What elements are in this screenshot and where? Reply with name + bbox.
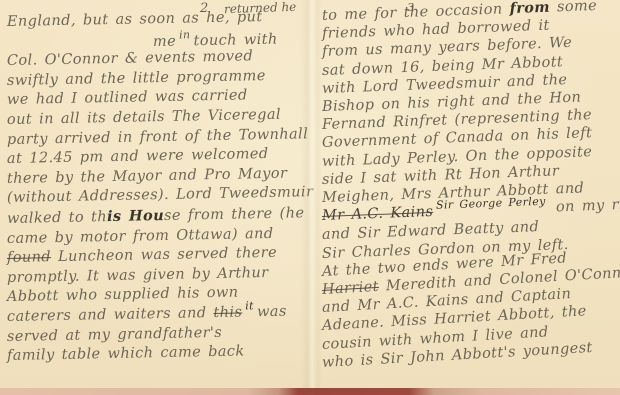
struck-name-harriet: Harriet bbox=[322, 279, 380, 298]
line-text: on my right bbox=[549, 196, 620, 216]
struck-word-this: this bbox=[213, 304, 242, 321]
manuscript-page-2: 2 returned he England, but as soon as he… bbox=[0, 0, 310, 395]
line-text: walked to th bbox=[7, 209, 107, 227]
line-text: Luncheon was served there bbox=[51, 245, 277, 265]
inserted-word-it: it bbox=[245, 299, 254, 312]
line-text: me bbox=[153, 33, 176, 49]
line-text: was bbox=[257, 304, 287, 321]
manuscript-scan: 2 returned he England, but as soon as he… bbox=[0, 0, 620, 395]
overwritten-word-from: from bbox=[509, 0, 550, 17]
inserted-name-perley: Sir George Perley bbox=[436, 195, 546, 212]
struck-name-kains: Mr A.C. Kains bbox=[322, 204, 434, 224]
struck-word-found: found bbox=[7, 249, 51, 266]
line-text: caterers and waiters and bbox=[7, 305, 214, 325]
line-text: se from there (he bbox=[164, 205, 305, 224]
manuscript-page-3: 3 to me for the occasion from some frien… bbox=[312, 0, 620, 395]
line-text: some bbox=[550, 0, 598, 16]
overwritten-text: is Hou bbox=[107, 207, 164, 225]
handwriting-line: England, but as soon as he, put bbox=[7, 7, 310, 32]
inserted-word-in: in bbox=[179, 28, 191, 41]
scan-bottom-edge bbox=[0, 388, 620, 395]
